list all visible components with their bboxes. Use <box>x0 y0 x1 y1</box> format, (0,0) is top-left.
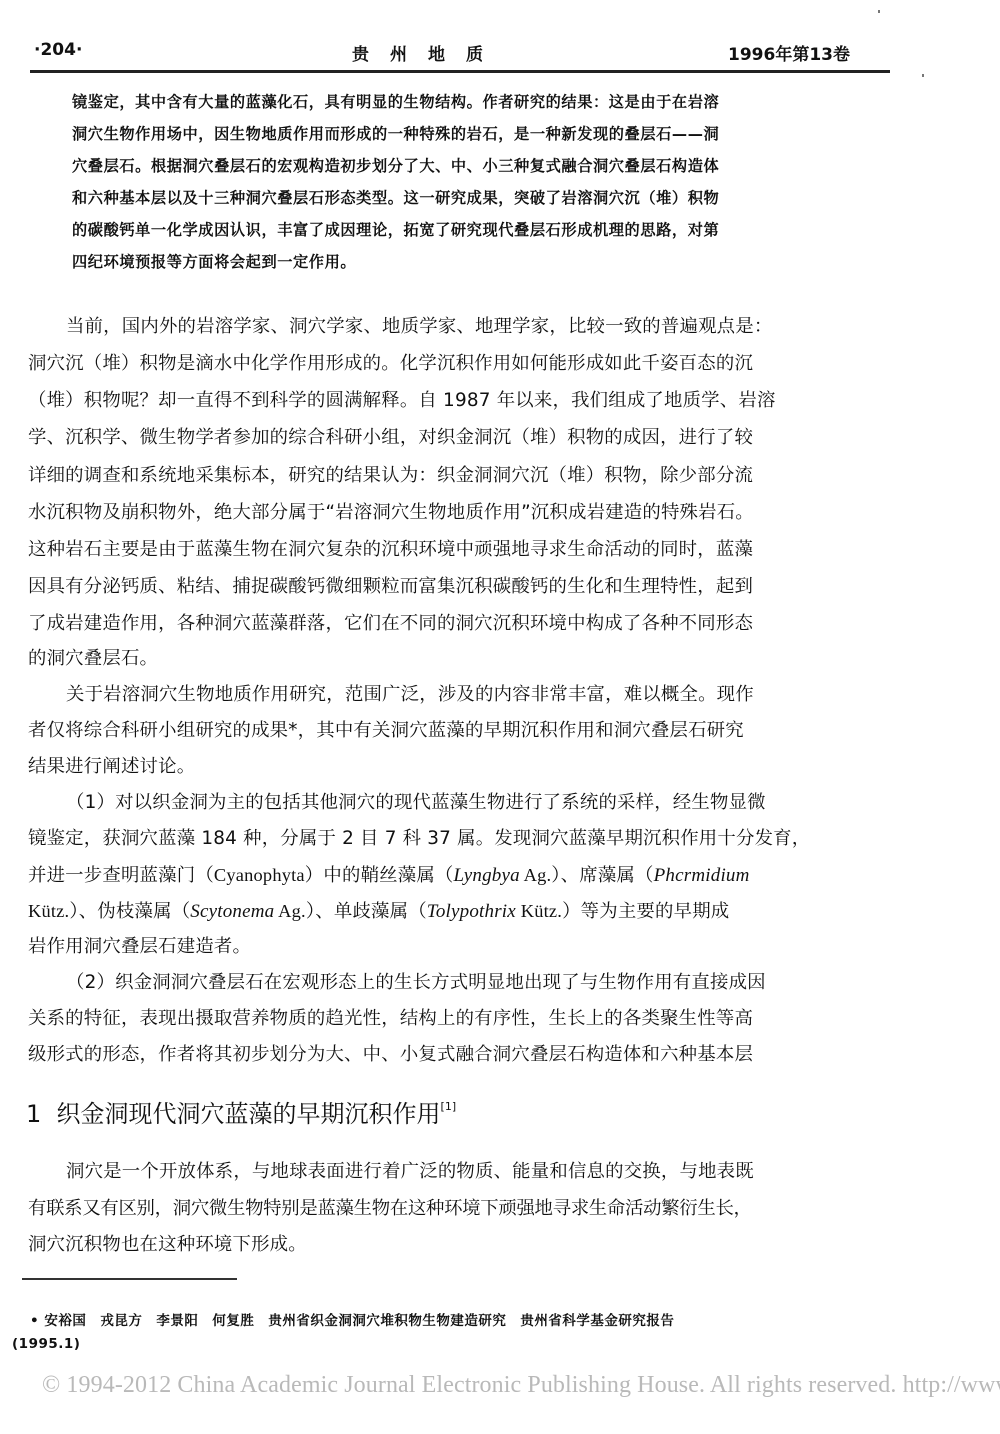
scan-speck <box>922 74 924 77</box>
body-line: （1）对以织金洞为主的包括其他洞穴的现代蓝藻生物进行了系统的采样，经生物显微 <box>66 794 766 812</box>
section-title: 织金洞现代洞穴蓝藻的早期沉积作用 <box>57 1100 441 1128</box>
body-line: 的洞穴叠层石。 <box>28 650 158 668</box>
scan-speck <box>878 10 880 13</box>
body-line: 洞穴沉积物也在这种环境下形成。 <box>28 1236 307 1254</box>
section-heading: 1 织金洞现代洞穴蓝藻的早期沉积作用[1] <box>26 1094 456 1129</box>
body-line: （堆）积物呢？却一直得不到科学的圆满解释。自 1987 年以来，我们组成了地质学… <box>28 392 776 410</box>
text-fragment: Ag.）、单歧藻属（ <box>274 901 426 921</box>
body-line: 镜鉴定，获洞穴蓝藻 184 种，分属于 2 目 7 科 37 属。发现洞穴蓝藻早… <box>28 830 810 848</box>
body-line: 洞穴沉（堆）积物是滴水中化学作用形成的。化学沉积作用如何能形成如此千姿百态的沉 <box>28 355 753 373</box>
body-line: 当前，国内外的岩溶学家、洞穴学家、地质学家、地理学家，比较一致的普遍观点是： <box>66 318 772 336</box>
section-number: 1 <box>26 1100 41 1128</box>
body-line: 结果进行阐述讨论。 <box>28 758 195 776</box>
text-fragment: Ag.）、席藻属（ <box>520 865 654 885</box>
abstract-line: 洞穴生物作用场中，因生物地质作用而形成的一种特殊的岩石，是一种新发现的叠层石——… <box>72 127 719 142</box>
text-fragment: Kütz.）等为主要的早期成 <box>516 901 729 921</box>
body-line: 岩作用洞穴叠层石建造者。 <box>28 938 251 956</box>
abstract-line: 镜鉴定，其中含有大量的蓝藻化石，具有明显的生物结构。作者研究的结果：这是由于在岩… <box>72 95 719 110</box>
abstract-line: 和六种基本层以及十三种洞穴叠层石形态类型。这一研究成果，突破了岩溶洞穴沉（堆）积… <box>72 191 719 206</box>
body-line: 洞穴是一个开放体系，与地球表面进行着广泛的物质、能量和信息的交换，与地表既 <box>66 1163 754 1181</box>
body-line: 关于岩溶洞穴生物地质作用研究，范围广泛，涉及的内容非常丰富，难以概全。现作 <box>66 686 754 704</box>
issue-label: 1996年第13卷 <box>728 40 850 65</box>
body-line: 详细的调查和系统地采集标本，研究的结果认为：织金洞洞穴沉（堆）积物，除少部分流 <box>28 467 753 485</box>
abstract-line: 的碳酸钙单一化学成因认识，丰富了成因理论，拓宽了研究现代叠层石形成机理的思路，对… <box>72 223 719 238</box>
footnote-rule <box>22 1278 237 1280</box>
body-line-taxa: 并进一步查明蓝藻门（Cyanophyta）中的鞘丝藻属（Lyngbya Ag.）… <box>28 866 750 885</box>
copyright-watermark: © 1994-2012 China Academic Journal Elect… <box>42 1372 1000 1399</box>
page-number: ·204· <box>34 40 82 60</box>
text-fragment: ）中的鞘丝藻属（ <box>305 865 454 886</box>
header-rule <box>30 70 890 73</box>
body-line: 学、沉积学、微生物学者参加的综合科研小组，对织金洞沉（堆）积物的成因，进行了较 <box>28 429 753 447</box>
body-line: 这种岩石主要是由于蓝藻生物在洞穴复杂的沉积环境中顽强地寻求生命活动的同时，蓝藻 <box>28 541 753 559</box>
footnote-line: (1995.1) <box>12 1336 80 1352</box>
abstract-line: 四纪环境预报等方面将会起到一定作用。 <box>72 255 356 270</box>
body-line: 有联系又有区别，洞穴微生物特别是蓝藻生物在这种环境下顽强地寻求生命活动繁衍生长， <box>28 1200 752 1218</box>
body-line: 级形式的形态，作者将其初步划分为大、中、小复式融合洞穴叠层石构造体和六种基本层 <box>28 1046 753 1064</box>
body-line: 关系的特征，表现出摄取营养物质的趋光性，结构上的有序性，生长上的各类聚生性等高 <box>28 1010 753 1028</box>
text-fragment: 并进一步查明蓝藻门（ <box>28 865 214 886</box>
body-line: 水沉积物及崩积物外，绝大部分属于“岩溶洞穴生物地质作用”沉积成岩建造的特殊岩石。 <box>28 504 754 522</box>
reference-marker[interactable]: [1] <box>441 1100 457 1113</box>
taxon-name: Phcrmidium <box>654 865 750 886</box>
journal-title: 贵 州 地 质 <box>352 40 485 65</box>
body-line: 因具有分泌钙质、粘结、捕捉碳酸钙微细颗粒而富集沉积碳酸钙的生化和生理特性，起到 <box>28 578 753 596</box>
taxon-name: Tolypothrix <box>427 901 516 922</box>
body-line-taxa: Kütz.）、伪枝藻属（Scytonema Ag.）、单歧藻属（Tolypoth… <box>28 902 729 921</box>
body-line: 者仅将综合科研小组研究的成果*，其中有关洞穴蓝藻的早期沉积作用和洞穴叠层石研究 <box>28 722 744 740</box>
taxon-name: Scytonema <box>190 901 274 922</box>
abstract-line: 穴叠层石。根据洞穴叠层石的宏观构造初步划分了大、中、小三种复式融合洞穴叠层石构造… <box>72 159 719 174</box>
footnote-line: • 安裕国 戎昆方 李景阳 何复胜 贵州省织金洞洞穴堆积物生物建造研究 贵州省科… <box>30 1309 674 1329</box>
taxon-name: Lyngbya <box>454 865 520 886</box>
text-fragment: Kütz.）、伪枝藻属（ <box>28 901 190 921</box>
body-line: （2）织金洞洞穴叠层石在宏观形态上的生长方式明显地出现了与生物作用有直接成因 <box>66 974 766 992</box>
taxon-name: Cyanophyta <box>214 865 305 885</box>
body-line: 了成岩建造作用，各种洞穴蓝藻群落，它们在不同的洞穴沉积环境中构成了各种不同形态 <box>28 615 753 633</box>
